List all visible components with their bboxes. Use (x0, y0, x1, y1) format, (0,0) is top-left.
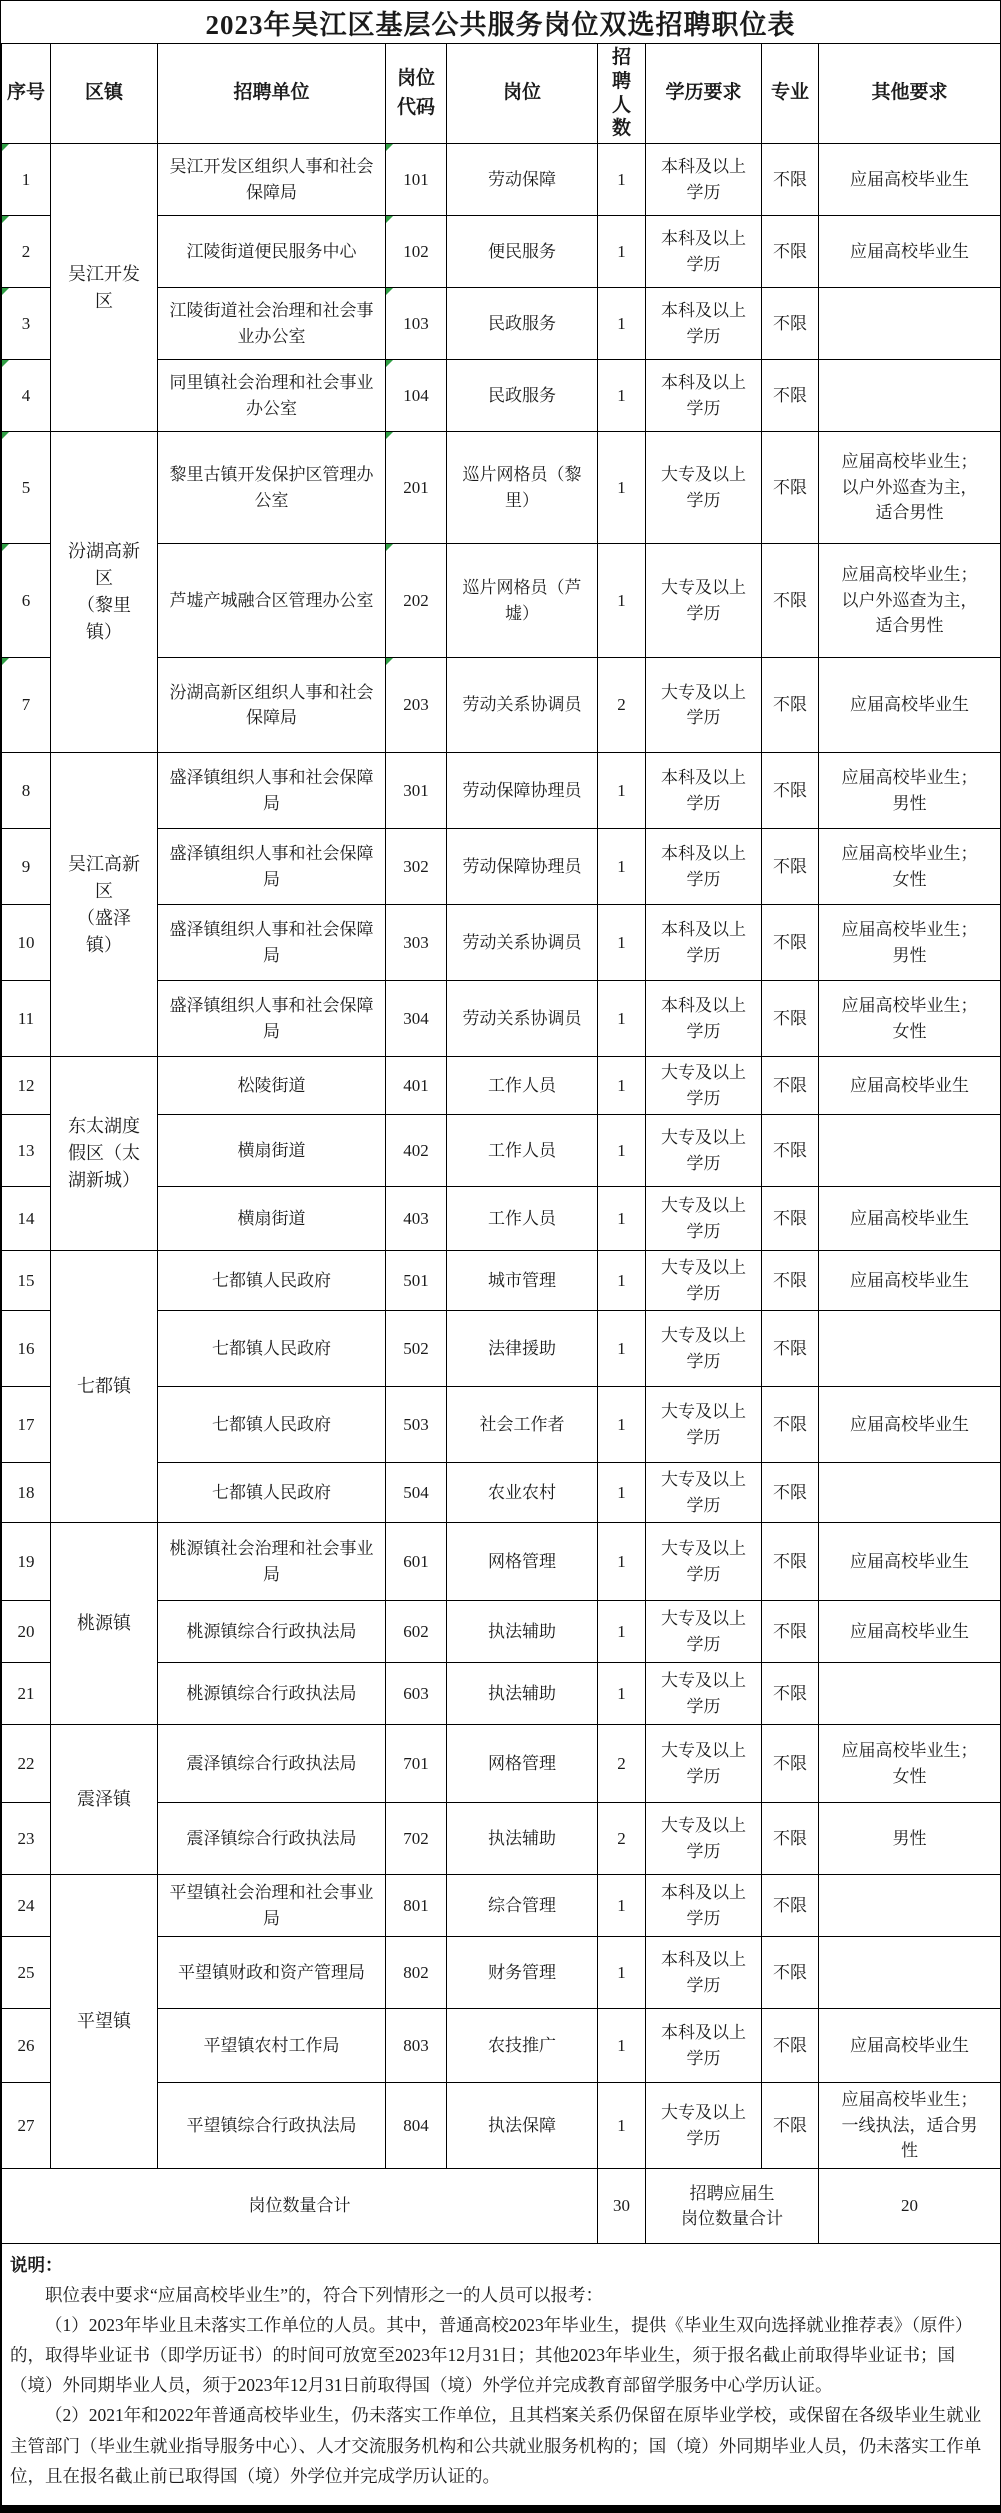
cell-serial-no: 10 (2, 905, 51, 981)
cell-other-requirement (819, 1463, 1001, 1523)
cell-education-requirement: 大专及以上 学历 (646, 1251, 762, 1311)
cell-other-requirement: 应届高校毕业生 (819, 1057, 1001, 1115)
cell-recruiting-unit: 平望镇财政和资产管理局 (158, 1937, 386, 2009)
cell-serial-no: 2 (2, 216, 51, 288)
cell-serial-no: 16 (2, 1311, 51, 1387)
cell-position: 工作人员 (447, 1057, 598, 1115)
cell-serial-no: 3 (2, 288, 51, 360)
cell-position-code: 503 (386, 1387, 447, 1463)
cell-recruiting-unit: 平望镇社会治理和社会事业局 (158, 1875, 386, 1937)
col-header-count: 招聘人数 (598, 44, 646, 144)
cell-position: 综合管理 (447, 1875, 598, 1937)
cell-major: 不限 (762, 2083, 819, 2169)
cell-recruiting-unit: 盛泽镇组织人事和社会保障局 (158, 905, 386, 981)
cell-education-requirement: 大专及以上 学历 (646, 1725, 762, 1803)
cell-major: 不限 (762, 1875, 819, 1937)
cell-other-requirement (819, 1937, 1001, 2009)
cell-serial-no: 26 (2, 2009, 51, 2083)
note-item-1: （1）2023年毕业且未落实工作单位的人员。其中，普通高校2023年毕业生，提供… (10, 2310, 990, 2400)
cell-major: 不限 (762, 1387, 819, 1463)
col-header-unit: 招聘单位 (158, 44, 386, 144)
cell-position: 巡片网格员（芦墟） (447, 544, 598, 658)
cell-education-requirement: 本科及以上 学历 (646, 2009, 762, 2083)
cell-other-requirement: 应届高校毕业生； 女性 (819, 1725, 1001, 1803)
cell-position-code: 502 (386, 1311, 447, 1387)
cell-headcount: 1 (598, 144, 646, 216)
cell-serial-no: 5 (2, 432, 51, 544)
cell-education-requirement: 本科及以上 学历 (646, 1875, 762, 1937)
cell-position: 网格管理 (447, 1523, 598, 1601)
cell-major: 不限 (762, 288, 819, 360)
cell-recruiting-unit: 江陵街道便民服务中心 (158, 216, 386, 288)
cell-position: 巡片网格员（黎里） (447, 432, 598, 544)
cell-serial-no: 21 (2, 1663, 51, 1725)
cell-major: 不限 (762, 2009, 819, 2083)
cell-region: 吴江开发 区 (51, 144, 158, 432)
cell-position: 劳动关系协调员 (447, 658, 598, 753)
cell-other-requirement (819, 360, 1001, 432)
cell-education-requirement: 大专及以上 学历 (646, 1463, 762, 1523)
cell-serial-no: 23 (2, 1803, 51, 1875)
cell-position-code: 401 (386, 1057, 447, 1115)
cell-major: 不限 (762, 1115, 819, 1187)
cell-major: 不限 (762, 1601, 819, 1663)
cell-major: 不限 (762, 981, 819, 1057)
cell-position-code: 301 (386, 753, 447, 829)
cell-serial-no: 24 (2, 1875, 51, 1937)
summary-row: 岗位数量合计 30 招聘应届生 岗位数量合计 20 (2, 2169, 1001, 2244)
cell-education-requirement: 大专及以上 学历 (646, 544, 762, 658)
cell-recruiting-unit: 盛泽镇组织人事和社会保障局 (158, 753, 386, 829)
cell-headcount: 2 (598, 1803, 646, 1875)
cell-position-code: 702 (386, 1803, 447, 1875)
cell-recruiting-unit: 平望镇农村工作局 (158, 2009, 386, 2083)
notes-intro: 职位表中要求“应届高校毕业生”的，符合下列情形之一的人员可以报考： (10, 2280, 990, 2310)
cell-region: 汾湖高新 区 （黎里 镇） (51, 432, 158, 753)
cell-serial-no: 27 (2, 2083, 51, 2169)
cell-other-requirement: 应届高校毕业生； 男性 (819, 753, 1001, 829)
cell-headcount: 1 (598, 360, 646, 432)
cell-education-requirement: 本科及以上 学历 (646, 981, 762, 1057)
cell-position-code: 101 (386, 144, 447, 216)
job-table-sheet: 2023年吴江区基层公共服务岗位双选招聘职位表 序号 区镇 招聘单位 岗位代码 … (0, 0, 1001, 2513)
col-header-major: 专业 (762, 44, 819, 144)
cell-serial-no: 14 (2, 1187, 51, 1251)
table-row: 19桃源镇桃源镇社会治理和社会事业局601网格管理1大专及以上 学历不限应届高校… (2, 1523, 1001, 1601)
notes-heading: 说明： (10, 2250, 990, 2280)
cell-position: 社会工作者 (447, 1387, 598, 1463)
cell-position-code: 701 (386, 1725, 447, 1803)
cell-education-requirement: 本科及以上 学历 (646, 1937, 762, 2009)
table-row: 15七都镇七都镇人民政府501城市管理1大专及以上 学历不限应届高校毕业生 (2, 1251, 1001, 1311)
cell-headcount: 1 (598, 1187, 646, 1251)
cell-recruiting-unit: 同里镇社会治理和社会事业办公室 (158, 360, 386, 432)
cell-other-requirement (819, 1875, 1001, 1937)
cell-position-code: 804 (386, 2083, 447, 2169)
cell-headcount: 1 (598, 1463, 646, 1523)
cell-position: 工作人员 (447, 1115, 598, 1187)
cell-recruiting-unit: 盛泽镇组织人事和社会保障局 (158, 981, 386, 1057)
cell-other-requirement: 应届高校毕业生 (819, 2009, 1001, 2083)
cell-position-code: 402 (386, 1115, 447, 1187)
cell-other-requirement: 应届高校毕业生； 以户外巡查为主， 适合男性 (819, 432, 1001, 544)
table-row: 22震泽镇震泽镇综合行政执法局701网格管理2大专及以上 学历不限应届高校毕业生… (2, 1725, 1001, 1803)
summary-label-graduates: 招聘应届生 岗位数量合计 (646, 2169, 819, 2244)
cell-position-code: 304 (386, 981, 447, 1057)
cell-other-requirement: 应届高校毕业生 (819, 1187, 1001, 1251)
cell-education-requirement: 大专及以上 学历 (646, 432, 762, 544)
cell-headcount: 1 (598, 1875, 646, 1937)
cell-region: 平望镇 (51, 1875, 158, 2169)
cell-other-requirement: 应届高校毕业生； 一线执法，适合男 性 (819, 2083, 1001, 2169)
cell-serial-no: 15 (2, 1251, 51, 1311)
col-header-post: 岗位 (447, 44, 598, 144)
col-header-education: 学历要求 (646, 44, 762, 144)
notes-block: 说明： 职位表中要求“应届高校毕业生”的，符合下列情形之一的人员可以报考： （1… (2, 2244, 1001, 2506)
cell-major: 不限 (762, 1463, 819, 1523)
cell-other-requirement (819, 1311, 1001, 1387)
cell-recruiting-unit: 吴江开发区组织人事和社会保障局 (158, 144, 386, 216)
cell-education-requirement: 本科及以上 学历 (646, 360, 762, 432)
cell-headcount: 1 (598, 1311, 646, 1387)
cell-major: 不限 (762, 1663, 819, 1725)
cell-recruiting-unit: 江陵街道社会治理和社会事业办公室 (158, 288, 386, 360)
cell-serial-no: 6 (2, 544, 51, 658)
cell-education-requirement: 大专及以上 学历 (646, 1311, 762, 1387)
table-row: 8吴江高新 区 （盛泽 镇）盛泽镇组织人事和社会保障局301劳动保障协理员1本科… (2, 753, 1001, 829)
cell-serial-no: 18 (2, 1463, 51, 1523)
cell-headcount: 1 (598, 905, 646, 981)
cell-serial-no: 19 (2, 1523, 51, 1601)
cell-education-requirement: 本科及以上 学历 (646, 905, 762, 981)
cell-education-requirement: 大专及以上 学历 (646, 1115, 762, 1187)
cell-position-code: 602 (386, 1601, 447, 1663)
cell-recruiting-unit: 震泽镇综合行政执法局 (158, 1803, 386, 1875)
cell-major: 不限 (762, 1311, 819, 1387)
cell-recruiting-unit: 七都镇人民政府 (158, 1251, 386, 1311)
cell-headcount: 1 (598, 829, 646, 905)
position-table: 序号 区镇 招聘单位 岗位代码 岗位 招聘人数 学历要求 专业 其他要求 1吴江… (1, 43, 1001, 2506)
cell-major: 不限 (762, 1251, 819, 1311)
cell-serial-no: 12 (2, 1057, 51, 1115)
cell-position-code: 102 (386, 216, 447, 288)
cell-recruiting-unit: 黎里古镇开发保护区管理办公室 (158, 432, 386, 544)
cell-major: 不限 (762, 216, 819, 288)
cell-education-requirement: 大专及以上 学历 (646, 1601, 762, 1663)
cell-other-requirement: 应届高校毕业生； 以户外巡查为主， 适合男性 (819, 544, 1001, 658)
summary-label: 岗位数量合计 (2, 2169, 598, 2244)
cell-position: 劳动关系协调员 (447, 981, 598, 1057)
cell-headcount: 1 (598, 432, 646, 544)
cell-region: 东太湖度 假区（太 湖新城） (51, 1057, 158, 1251)
cell-position: 城市管理 (447, 1251, 598, 1311)
cell-major: 不限 (762, 905, 819, 981)
cell-education-requirement: 大专及以上 学历 (646, 658, 762, 753)
cell-other-requirement: 应届高校毕业生； 女性 (819, 829, 1001, 905)
table-row: 12东太湖度 假区（太 湖新城）松陵街道401工作人员1大专及以上 学历不限应届… (2, 1057, 1001, 1115)
cell-recruiting-unit: 盛泽镇组织人事和社会保障局 (158, 829, 386, 905)
cell-major: 不限 (762, 360, 819, 432)
cell-education-requirement: 大专及以上 学历 (646, 1057, 762, 1115)
cell-education-requirement: 本科及以上 学历 (646, 216, 762, 288)
page-title: 2023年吴江区基层公共服务岗位双选招聘职位表 (1, 1, 1000, 43)
cell-recruiting-unit: 松陵街道 (158, 1057, 386, 1115)
cell-position: 劳动保障 (447, 144, 598, 216)
table-row: 24平望镇平望镇社会治理和社会事业局801综合管理1本科及以上 学历不限 (2, 1875, 1001, 1937)
cell-major: 不限 (762, 432, 819, 544)
cell-other-requirement: 应届高校毕业生 (819, 1251, 1001, 1311)
cell-position: 劳动保障协理员 (447, 753, 598, 829)
cell-position: 执法辅助 (447, 1803, 598, 1875)
cell-position-code: 802 (386, 1937, 447, 2009)
cell-serial-no: 13 (2, 1115, 51, 1187)
cell-other-requirement (819, 288, 1001, 360)
summary-total-positions: 30 (598, 2169, 646, 2244)
cell-major: 不限 (762, 1523, 819, 1601)
cell-headcount: 2 (598, 658, 646, 753)
cell-position: 便民服务 (447, 216, 598, 288)
cell-headcount: 1 (598, 216, 646, 288)
cell-serial-no: 1 (2, 144, 51, 216)
cell-other-requirement: 应届高校毕业生； 男性 (819, 905, 1001, 981)
cell-recruiting-unit: 平望镇综合行政执法局 (158, 2083, 386, 2169)
cell-other-requirement: 应届高校毕业生 (819, 216, 1001, 288)
col-header-no: 序号 (2, 44, 51, 144)
cell-headcount: 1 (598, 1057, 646, 1115)
table-body: 1吴江开发 区吴江开发区组织人事和社会保障局101劳动保障1本科及以上 学历不限… (2, 144, 1001, 2169)
cell-headcount: 1 (598, 753, 646, 829)
notes-row: 说明： 职位表中要求“应届高校毕业生”的，符合下列情形之一的人员可以报考： （1… (2, 2244, 1001, 2506)
table-row: 5汾湖高新 区 （黎里 镇）黎里古镇开发保护区管理办公室201巡片网格员（黎里）… (2, 432, 1001, 544)
cell-headcount: 1 (598, 288, 646, 360)
header-row: 序号 区镇 招聘单位 岗位代码 岗位 招聘人数 学历要求 专业 其他要求 (2, 44, 1001, 144)
cell-recruiting-unit: 七都镇人民政府 (158, 1311, 386, 1387)
cell-major: 不限 (762, 1057, 819, 1115)
cell-position-code: 203 (386, 658, 447, 753)
col-header-code: 岗位代码 (386, 44, 447, 144)
cell-headcount: 1 (598, 981, 646, 1057)
cell-recruiting-unit: 七都镇人民政府 (158, 1463, 386, 1523)
cell-position: 法律援助 (447, 1311, 598, 1387)
cell-other-requirement: 应届高校毕业生 (819, 658, 1001, 753)
cell-education-requirement: 大专及以上 学历 (646, 2083, 762, 2169)
cell-headcount: 1 (598, 2083, 646, 2169)
cell-recruiting-unit: 芦墟产城融合区管理办公室 (158, 544, 386, 658)
cell-region: 震泽镇 (51, 1725, 158, 1875)
cell-serial-no: 7 (2, 658, 51, 753)
cell-other-requirement: 应届高校毕业生 (819, 1601, 1001, 1663)
cell-headcount: 1 (598, 1251, 646, 1311)
cell-position-code: 801 (386, 1875, 447, 1937)
cell-recruiting-unit: 横扇街道 (158, 1187, 386, 1251)
cell-serial-no: 25 (2, 1937, 51, 2009)
summary-total-graduates: 20 (819, 2169, 1001, 2244)
cell-education-requirement: 大专及以上 学历 (646, 1663, 762, 1725)
cell-other-requirement: 应届高校毕业生 (819, 1387, 1001, 1463)
cell-recruiting-unit: 桃源镇社会治理和社会事业局 (158, 1523, 386, 1601)
cell-other-requirement: 应届高校毕业生 (819, 144, 1001, 216)
cell-major: 不限 (762, 753, 819, 829)
cell-other-requirement: 应届高校毕业生 (819, 1523, 1001, 1601)
cell-position-code: 403 (386, 1187, 447, 1251)
cell-headcount: 1 (598, 1937, 646, 2009)
cell-headcount: 1 (598, 1523, 646, 1601)
cell-recruiting-unit: 桃源镇综合行政执法局 (158, 1601, 386, 1663)
cell-serial-no: 11 (2, 981, 51, 1057)
cell-position: 执法辅助 (447, 1663, 598, 1725)
cell-position: 执法保障 (447, 2083, 598, 2169)
cell-headcount: 1 (598, 1387, 646, 1463)
cell-position: 民政服务 (447, 360, 598, 432)
cell-position-code: 303 (386, 905, 447, 981)
cell-other-requirement (819, 1663, 1001, 1725)
cell-headcount: 1 (598, 1601, 646, 1663)
cell-major: 不限 (762, 1803, 819, 1875)
cell-position: 农技推广 (447, 2009, 598, 2083)
cell-education-requirement: 大专及以上 学历 (646, 1523, 762, 1601)
cell-major: 不限 (762, 1937, 819, 2009)
cell-other-requirement: 应届高校毕业生； 女性 (819, 981, 1001, 1057)
table-row: 1吴江开发 区吴江开发区组织人事和社会保障局101劳动保障1本科及以上 学历不限… (2, 144, 1001, 216)
col-header-other: 其他要求 (819, 44, 1001, 144)
cell-position-code: 302 (386, 829, 447, 905)
cell-headcount: 1 (598, 1663, 646, 1725)
cell-major: 不限 (762, 144, 819, 216)
cell-recruiting-unit: 横扇街道 (158, 1115, 386, 1187)
cell-recruiting-unit: 七都镇人民政府 (158, 1387, 386, 1463)
cell-position: 财务管理 (447, 1937, 598, 2009)
cell-serial-no: 17 (2, 1387, 51, 1463)
cell-serial-no: 9 (2, 829, 51, 905)
cell-headcount: 1 (598, 2009, 646, 2083)
cell-position: 劳动保障协理员 (447, 829, 598, 905)
cell-major: 不限 (762, 658, 819, 753)
cell-position-code: 104 (386, 360, 447, 432)
cell-recruiting-unit: 震泽镇综合行政执法局 (158, 1725, 386, 1803)
cell-position-code: 803 (386, 2009, 447, 2083)
cell-position: 民政服务 (447, 288, 598, 360)
cell-serial-no: 22 (2, 1725, 51, 1803)
cell-position-code: 201 (386, 432, 447, 544)
cell-major: 不限 (762, 1725, 819, 1803)
cell-position: 工作人员 (447, 1187, 598, 1251)
cell-other-requirement (819, 1115, 1001, 1187)
cell-position: 网格管理 (447, 1725, 598, 1803)
cell-serial-no: 20 (2, 1601, 51, 1663)
cell-major: 不限 (762, 829, 819, 905)
cell-position-code: 103 (386, 288, 447, 360)
cell-position: 执法辅助 (447, 1601, 598, 1663)
cell-education-requirement: 本科及以上 学历 (646, 288, 762, 360)
cell-education-requirement: 大专及以上 学历 (646, 1803, 762, 1875)
cell-position-code: 501 (386, 1251, 447, 1311)
cell-position: 农业农村 (447, 1463, 598, 1523)
cell-education-requirement: 大专及以上 学历 (646, 1387, 762, 1463)
cell-recruiting-unit: 桃源镇综合行政执法局 (158, 1663, 386, 1725)
cell-serial-no: 4 (2, 360, 51, 432)
cell-education-requirement: 本科及以上 学历 (646, 144, 762, 216)
cell-headcount: 1 (598, 1115, 646, 1187)
cell-headcount: 1 (598, 544, 646, 658)
cell-headcount: 2 (598, 1725, 646, 1803)
cell-position-code: 504 (386, 1463, 447, 1523)
cell-education-requirement: 本科及以上 学历 (646, 829, 762, 905)
note-item-2: （2）2021年和2022年普通高校毕业生，仍未落实工作单位，且其档案关系仍保留… (10, 2400, 990, 2490)
cell-serial-no: 8 (2, 753, 51, 829)
cell-major: 不限 (762, 544, 819, 658)
cell-position-code: 603 (386, 1663, 447, 1725)
cell-position: 劳动关系协调员 (447, 905, 598, 981)
cell-region: 吴江高新 区 （盛泽 镇） (51, 753, 158, 1057)
cell-other-requirement: 男性 (819, 1803, 1001, 1875)
cell-major: 不限 (762, 1187, 819, 1251)
col-header-region: 区镇 (51, 44, 158, 144)
cell-position-code: 601 (386, 1523, 447, 1601)
cell-position-code: 202 (386, 544, 447, 658)
cell-recruiting-unit: 汾湖高新区组织人事和社会保障局 (158, 658, 386, 753)
cell-education-requirement: 大专及以上 学历 (646, 1187, 762, 1251)
cell-region: 七都镇 (51, 1251, 158, 1523)
cell-education-requirement: 本科及以上 学历 (646, 753, 762, 829)
cell-region: 桃源镇 (51, 1523, 158, 1725)
